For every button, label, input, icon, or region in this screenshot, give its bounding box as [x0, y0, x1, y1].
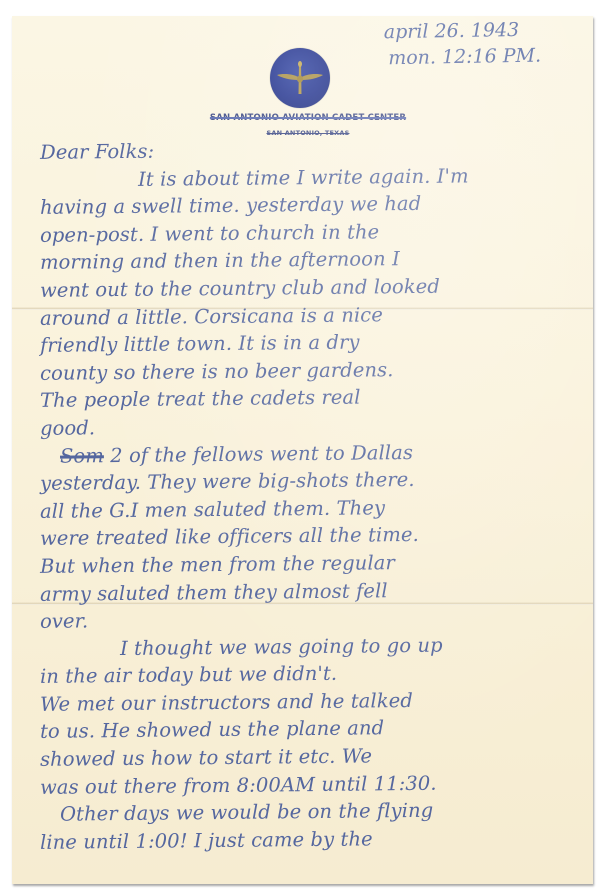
wings-emblem-icon [270, 48, 330, 108]
letter-line: line until 1:00! I just came by the [40, 823, 590, 856]
letter-body: Dear Folks: It is about time I write aga… [40, 136, 590, 853]
letterhead-organization: SAN ANTONIO AVIATION CADET CENTER [196, 113, 420, 123]
letter-page: april 26. 1943 mon. 12:16 PM. SAN ANTONI… [12, 16, 593, 884]
date-block: april 26. 1943 mon. 12:16 PM. [374, 17, 542, 72]
crossed-out-word: Som [60, 444, 104, 467]
letterhead: SAN ANTONIO AVIATION CADET CENTER SAN AN… [196, 113, 420, 137]
letter-date: april 26. 1943 [384, 17, 541, 46]
letter-day-time: mon. 12:16 PM. [388, 43, 541, 72]
